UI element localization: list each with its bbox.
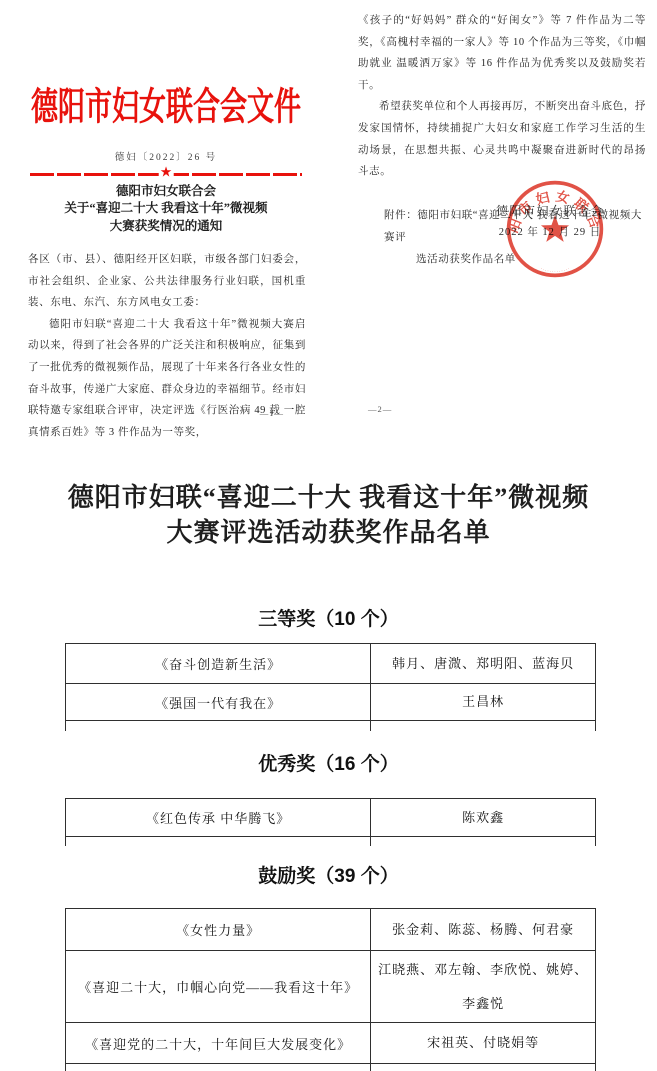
document-number: 德妇〔2022〕26 号 — [18, 149, 314, 163]
page2-body: 《孩子的“好妈妈” 群众的“好闺女”》等 7 件作品为二等奖，《高槐村幸福的一家… — [358, 10, 646, 183]
award-list-title-line2: 大赛评选活动获奖作品名单 — [0, 515, 657, 550]
award-list-title-line1: 德阳市妇联“喜迎二十大 我看这十年”微视频 — [0, 480, 657, 515]
authors-cell: 陈欢鑫 — [371, 799, 595, 836]
encouragement-prize-table: 《女性力量》 张金莉、陈蕊、杨腾、何君豪 《喜迎二十大，巾帼心向党——我看这十年… — [65, 908, 596, 1071]
body-paragraph-1: 德阳市妇联“喜迎二十大 我看这十年”微视频大赛启动以来，得到了社会各界的广泛关注… — [28, 314, 306, 444]
authors-cell: 张金莉、陈蕊、杨腾、何君豪 — [371, 909, 595, 950]
authors-cell: 韩月、唐溦、郑明阳、蓝海贝 — [371, 644, 595, 683]
seal-star-icon — [541, 215, 569, 242]
excellence-prize-table: 《红色传承 中华腾飞》 陈欢鑫 — [65, 798, 596, 846]
table-row: 《女性力量》 张金莉、陈蕊、杨腾、何君豪 — [66, 909, 595, 951]
red-divider-line: ★ — [30, 173, 302, 176]
authors-cell — [371, 1064, 595, 1071]
work-title-cell: 《喜迎二十大，巾帼心向党——我看这十年》 — [66, 951, 371, 1022]
document-page-1: 德阳市妇女联合会文件 德妇〔2022〕26 号 ★ 德阳市妇女联合会 关于“喜迎… — [18, 0, 314, 445]
masthead-text: 德阳市妇女联合会文件 — [31, 76, 301, 131]
work-title-cell: 《女性力量》 — [66, 909, 371, 950]
work-title-cell: 《强国一代有我在》 — [66, 684, 371, 720]
award-list-page: 德阳市妇联“喜迎二十大 我看这十年”微视频 大赛评选活动获奖作品名单 三等奖（1… — [0, 450, 657, 1071]
third-prize-table: 《奋斗创造新生活》 韩月、唐溦、郑明阳、蓝海贝 《强国一代有我在》 王昌林 — [65, 643, 596, 731]
notice-title-line2: 关于“喜迎二十大 我看这十年”微视频 — [18, 200, 314, 218]
table-row: 《奋斗创造新生活》 韩月、唐溦、郑明阳、蓝海贝 — [66, 644, 595, 684]
document-page-2: 《孩子的“好妈妈” 群众的“好闺女”》等 7 件作品为二等奖，《高槐村幸福的一家… — [352, 0, 652, 445]
section-header-third-prize: 三等奖（10 个） — [0, 605, 657, 635]
table-row-cut — [66, 721, 595, 731]
authors-cell — [371, 837, 595, 846]
notice-title-line1: 德阳市妇女联合会 — [18, 183, 314, 201]
authors-cell: 王昌林 — [371, 684, 595, 720]
page-number-1: —1— — [260, 408, 284, 418]
authors-cell — [371, 721, 595, 731]
page-number-2: —2— — [368, 404, 392, 414]
notice-title: 德阳市妇女联合会 关于“喜迎二十大 我看这十年”微视频 大赛获奖情况的通知 — [18, 183, 314, 236]
authors-cell: 宋祖英、付晓娟等 — [371, 1023, 595, 1063]
work-title-cell — [66, 721, 371, 731]
work-title-cell — [66, 837, 371, 846]
body-paragraph-3: 希望获奖单位和个人再接再厉，不断突出奋斗底色，抒发家国情怀，持续捕捉广大妇女和家… — [358, 96, 646, 182]
section-header-excellence-prize: 优秀奖（16 个） — [0, 750, 657, 780]
notice-title-line3: 大赛获奖情况的通知 — [18, 218, 314, 236]
section-header-encouragement-prize: 鼓励奖（39 个） — [0, 862, 657, 892]
table-row: 《强国一代有我在》 王昌林 — [66, 684, 595, 721]
work-title-cell: 《奋斗创造新生活》 — [66, 644, 371, 683]
salutation-paragraph: 各区（市、县）、德阳经开区妇联，市级各部门妇委会，市社会组织、企业家、公共法律服… — [28, 249, 306, 314]
body-paragraph-2: 《孩子的“好妈妈” 群众的“好闺女”》等 7 件作品为二等奖，《高槐村幸福的一家… — [358, 10, 646, 96]
authors-cell: 江晓燕、邓左翰、李欣悦、姚婷、李鑫悦 — [371, 951, 595, 1022]
work-title-cell: 《红色传承 中华腾飞》 — [66, 799, 371, 836]
table-row: 《喜迎党的二十大，十年间巨大发展变化》 宋祖英、付晓娟等 — [66, 1023, 595, 1064]
star-icon: ★ — [159, 167, 174, 181]
table-row-cut — [66, 1064, 595, 1071]
table-row: 《红色传承 中华腾飞》 陈欢鑫 — [66, 799, 595, 837]
table-row-cut — [66, 837, 595, 846]
table-row: 《喜迎二十大，巾帼心向党——我看这十年》 江晓燕、邓左翰、李欣悦、姚婷、李鑫悦 — [66, 951, 595, 1023]
work-title-cell: 《喜迎党的二十大，十年间巨大发展变化》 — [66, 1023, 371, 1063]
work-title-cell — [66, 1064, 371, 1071]
award-list-title: 德阳市妇联“喜迎二十大 我看这十年”微视频 大赛评选活动获奖作品名单 — [0, 480, 657, 550]
red-masthead: 德阳市妇女联合会文件 — [18, 84, 314, 123]
official-seal-stamp: 德阳市妇女联合会 · · · · · · · · · · · · · — [504, 178, 606, 280]
